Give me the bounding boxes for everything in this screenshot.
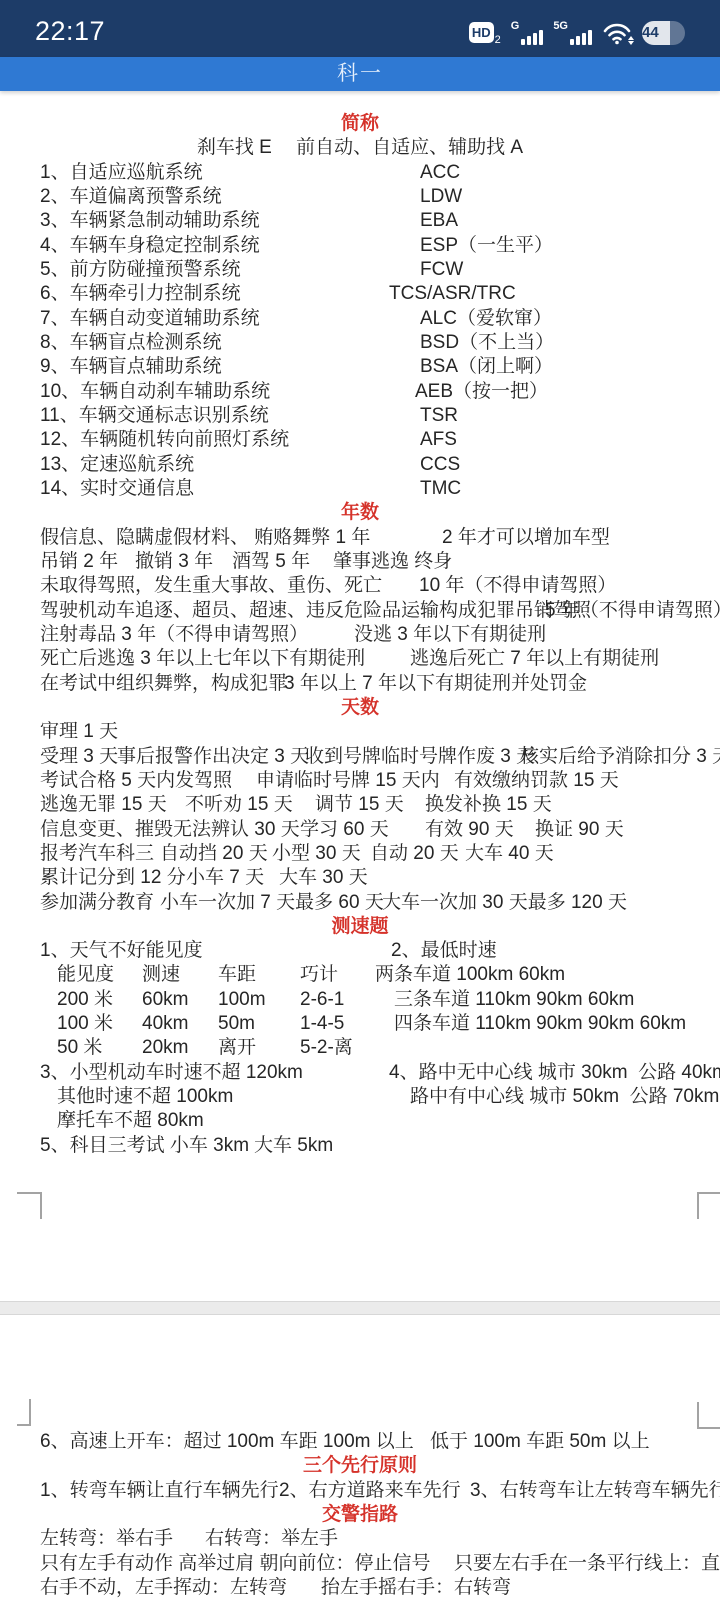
doc-line: 累计记分到 12 分小车 7 天大车 30 天: [0, 866, 720, 890]
speed-table-cell: 离开: [218, 1036, 300, 1060]
doc-text: 未取得驾照，发生重大事故、重伤、死亡: [40, 574, 382, 598]
speed-table-row: 能见度测速车距巧计两条车道 100km 60km: [0, 963, 720, 987]
doc-line: 吊销 2 年撤销 3 年酒驾 5 年肇事逃逸 终身: [0, 550, 720, 574]
speed-table-cell: 两条车道 100km 60km: [375, 963, 720, 987]
doc-line: 报考汽车科三自动挡 20 天小型 30 天自动 20 天大车 40 天: [0, 842, 720, 866]
doc-text: 换证 90 天: [535, 818, 624, 842]
doc-line: 参加满分教育小车一次加 7 天最多 60 天大车一次加 30 天最多 120 天: [0, 891, 720, 915]
app-bar: 科一: [0, 57, 720, 91]
doc-line: 其他时速不超 100km路中有中心线 城市 50km 公路 70km: [0, 1085, 720, 1109]
speed-table-row: 200 米60km100m2-6-1 三条车道 110km 90km 60km: [0, 988, 720, 1012]
doc-line: 受理 3 天事后报警作出决定 3 天收到号牌临时号牌作废 3 天核实后给予消除扣…: [0, 745, 720, 769]
doc-line: 在考试中组织舞弊，构成犯罪3 年以上 7 年以下有期徒刑并处罚金: [0, 672, 720, 696]
section-heading: 测速题: [0, 915, 720, 939]
doc-text: 在考试中组织舞弊，构成犯罪: [40, 672, 287, 696]
doc-text: 小型 30 天: [272, 842, 361, 866]
doc-text: 14、实时交通信息: [40, 477, 194, 501]
doc-line: 假信息、隐瞒虚假材料、 贿赂舞弊 1 年2 年才可以增加车型: [0, 526, 720, 550]
speed-table-cell: 车距: [218, 963, 300, 987]
doc-text: 酒驾 5 年: [232, 550, 310, 574]
speed-table-cell: [375, 1036, 720, 1060]
doc-text: 事后报警作出决定 3 天: [117, 745, 309, 769]
doc-text: FCW: [420, 258, 463, 282]
page1-corner-mark-right: [697, 1192, 720, 1219]
doc-text: 5、前方防碰撞预警系统: [40, 258, 241, 282]
abbr-item-row: 8、车辆盲点检测系统BSD（不上当）: [0, 331, 720, 355]
speed-table-cell: 能见度: [57, 963, 142, 987]
doc-text: ESP（一生平）: [420, 234, 553, 258]
battery-indicator: 44: [642, 21, 685, 45]
doc-text: 9、车辆盲点辅助系统: [40, 355, 222, 379]
doc-text: 1、自适应巡航系统: [40, 161, 203, 185]
signal-sim1-icon: G: [511, 21, 544, 45]
doc-text: 13、定速巡航系统: [40, 453, 194, 477]
doc-text: 逃逸无罪 15 天: [40, 793, 167, 817]
signal-bars-icon: [521, 30, 543, 45]
abbr-item-row: 9、车辆盲点辅助系统BSA（闭上啊）: [0, 355, 720, 379]
doc-text: 死亡后逃逸 3 年以上七年以下有期徒刑: [40, 647, 365, 671]
doc-text: TMC: [420, 477, 461, 501]
doc-line: 左转弯：举右手右转弯：举左手: [0, 1527, 720, 1551]
doc-text: 7、车辆自动变道辅助系统: [40, 307, 260, 331]
wifi-data-arrows-icon: [628, 36, 634, 45]
doc-text: 2、右方道路来车先行: [279, 1479, 461, 1503]
doc-text: AEB（按一把）: [415, 380, 548, 404]
doc-text: 10 年（不得申请驾照）: [419, 574, 616, 598]
doc-text: 右手不动，左手挥动：左转弯: [40, 1576, 287, 1600]
doc-text: 5、科目三考试 小车 3km: [40, 1134, 249, 1158]
speed-table-cell: 20km: [142, 1036, 218, 1060]
doc-line: 信息变更、摧毁无法辨认 30 天学习 60 天有效 90 天换证 90 天: [0, 818, 720, 842]
doc-text: 注射毒品 3 年（不得申请驾照）: [40, 623, 308, 647]
doc-text: 大车一次加 30 天最多 120 天: [382, 891, 627, 915]
section-heading: 交警指路: [0, 1503, 720, 1527]
abbr-item-row: 13、定速巡航系统CCS: [0, 453, 720, 477]
page2-corner-mark-right: [697, 1402, 720, 1429]
speed-table-cell: 100m: [218, 988, 300, 1012]
speed-table-cell: 40km: [142, 1012, 218, 1036]
doc-text: LDW: [420, 185, 462, 209]
section-heading: 三个先行原则: [0, 1454, 720, 1478]
doc-text: 6、车辆牵引力控制系统: [40, 282, 241, 306]
doc-text: 5 年（不得申请驾照）: [545, 599, 720, 623]
doc-text: ALC（爱软窜）: [420, 307, 552, 331]
doc-line: 逃逸无罪 15 天不听劝 15 天调节 15 天换发补换 15 天: [0, 793, 720, 817]
doc-text: TSR: [420, 404, 458, 428]
page1-corner-mark-left: [17, 1192, 42, 1219]
doc-text: 申请临时号牌 15 天内: [256, 769, 440, 793]
doc-text: 左转弯：举右手: [40, 1527, 173, 1551]
speed-table-cell: 测速: [142, 963, 218, 987]
doc-text: 撤销 3 年: [135, 550, 213, 574]
doc-text: 大车 5km: [254, 1134, 333, 1158]
doc-text: 累计记分到 12 分: [40, 866, 186, 890]
doc-text: 抬左手摇右手：右转弯: [321, 1576, 511, 1600]
doc-text: 1、天气不好能见度: [40, 939, 203, 963]
clock: 22:17: [35, 10, 105, 47]
abbr-item-row: 2、车道偏离预警系统LDW: [0, 185, 720, 209]
doc-text: 考试合格 5 天内发驾照: [40, 769, 232, 793]
doc-text: 8、车辆盲点检测系统: [40, 331, 222, 355]
abbr-item-row: 3、车辆紧急制动辅助系统EBA: [0, 209, 720, 233]
doc-text: 逃逸后死亡 7 年以上有期徒刑: [410, 647, 659, 671]
doc-line: 注射毒品 3 年（不得申请驾照）没逃 3 年以下有期徒刑: [0, 623, 720, 647]
speed-table-cell: 50 米: [57, 1036, 142, 1060]
doc-text: 3 年以上 7 年以下有期徒刑并处罚金: [284, 672, 587, 696]
doc-line: 6、高速上开车：超过 100m 车距 100m 以上低于 100m 车距 50m…: [0, 1430, 720, 1454]
abbr-item-row: 14、实时交通信息TMC: [0, 477, 720, 501]
doc-text: 3、小型机动车时速不超 120km: [40, 1061, 303, 1085]
speed-table-cell: 三条车道 110km 90km 60km: [375, 988, 720, 1012]
speed-table-cell: 1-4-5: [300, 1012, 375, 1036]
doc-text: 调节 15 天: [315, 793, 404, 817]
section-heading: 天数: [0, 696, 720, 720]
speed-table-cell: 60km: [142, 988, 218, 1012]
doc-line: 未取得驾照，发生重大事故、重伤、死亡10 年（不得申请驾照）: [0, 574, 720, 598]
doc-text: 3、右转弯车让左转弯车辆先行: [470, 1479, 720, 1503]
doc-text: 没逃 3 年以下有期徒刑: [354, 623, 546, 647]
wifi-icon: [602, 21, 632, 45]
doc-subtitle: 刹车找 E 前自动、自适应、辅助找 A: [0, 136, 720, 160]
abbr-item-row: 6、车辆牵引力控制系统TCS/ASR/TRC: [0, 282, 720, 306]
abbr-item-row: 12、车辆随机转向前照灯系统AFS: [0, 428, 720, 452]
signal-bars-icon: [570, 30, 592, 45]
doc-text: 有效 90 天: [425, 818, 514, 842]
doc-text: 收到号牌临时号牌作废 3 天: [305, 745, 535, 769]
hd-voice-icon: HD2: [469, 22, 501, 43]
doc-text: 11、车辆交通标志识别系统: [40, 404, 269, 428]
doc-text: 自动 20 天: [370, 842, 459, 866]
doc-text: 只要左右手在一条平行线上：直行: [454, 1552, 720, 1576]
doc-line: 1、转弯车辆让直行车辆先行2、右方道路来车先行3、右转弯车让左转弯车辆先行: [0, 1479, 720, 1503]
signal-sim2-icon: 5G: [553, 21, 592, 45]
status-icons: HD2 G 5G: [469, 13, 685, 45]
doc-text: 核实后给予消除扣分 3 天: [520, 745, 720, 769]
doc-text: EBA: [420, 209, 458, 233]
doc-text: 其他时速不超 100km: [57, 1085, 233, 1109]
doc-text: 2、车道偏离预警系统: [40, 185, 222, 209]
doc-text: 2 年才可以增加车型: [442, 526, 610, 550]
doc-line: 驾驶机动车追逐、超员、超速、违反危险品运输构成犯罪吊销驾照5 年（不得申请驾照）: [0, 599, 720, 623]
doc-text: 4、车辆车身稳定控制系统: [40, 234, 260, 258]
doc-text: 有效缴纳罚款 15 天: [454, 769, 619, 793]
page-title: 科一: [337, 62, 383, 85]
doc-text: 只有左手有动作 高举过肩 朝向前位：停止信号: [40, 1552, 431, 1576]
doc-line: 5、科目三考试 小车 3km大车 5km: [0, 1134, 720, 1158]
doc-text: 2、最低时速: [391, 939, 497, 963]
abbr-item-row: 11、车辆交通标志识别系统TSR: [0, 404, 720, 428]
abbr-item-row: 7、车辆自动变道辅助系统ALC（爱软窜）: [0, 307, 720, 331]
doc-line: 1、天气不好能见度2、最低时速: [0, 939, 720, 963]
doc-text: 不听劝 15 天: [185, 793, 293, 817]
doc-line: 摩托车不超 80km: [0, 1109, 720, 1133]
section-heading: 简称: [0, 112, 720, 136]
page-gap-band: [0, 1301, 720, 1315]
doc-text: 6、高速上开车：超过 100m 车距 100m 以上: [40, 1430, 414, 1454]
doc-text: 受理 3 天: [40, 745, 118, 769]
doc-text: TCS/ASR/TRC: [389, 282, 516, 306]
doc-text: AFS: [420, 428, 457, 452]
doc-text: CCS: [420, 453, 460, 477]
doc-text: 4、路中无中心线 城市 30km 公路 40km: [389, 1061, 720, 1085]
speed-table-cell: 巧计: [300, 963, 375, 987]
doc-text: 路中有中心线 城市 50km 公路 70km: [410, 1085, 719, 1109]
page2-corner-mark-left: [17, 1399, 31, 1426]
speed-table-row: 100 米40km50m1-4-5 四条车道 110km 90km 90km 6…: [0, 1012, 720, 1036]
speed-table-row: 50 米20km离开5-2-离: [0, 1036, 720, 1060]
doc-line: 死亡后逃逸 3 年以上七年以下有期徒刑逃逸后死亡 7 年以上有期徒刑: [0, 647, 720, 671]
doc-text: 假信息、隐瞒虚假材料、 贿赂舞弊 1 年: [40, 526, 370, 550]
doc-text: 10、车辆自动刹车辅助系统: [40, 380, 270, 404]
doc-text: BSD（不上当）: [420, 331, 554, 355]
page-break: [0, 1158, 720, 1430]
doc-text: 参加满分教育: [40, 891, 154, 915]
doc-text: 小车 7 天: [186, 866, 264, 890]
doc-text: 3、车辆紧急制动辅助系统: [40, 209, 260, 233]
doc-text: 吊销 2 年: [40, 550, 118, 574]
status-bar: 22:17 HD2 G 5G: [0, 0, 720, 57]
doc-text: 小车一次加 7 天最多 60 天: [160, 891, 384, 915]
doc-text: 信息变更、摧毁无法辨认 30 天: [40, 818, 300, 842]
speed-table-cell: 100 米: [57, 1012, 142, 1036]
doc-line: 3、小型机动车时速不超 120km4、路中无中心线 城市 30km 公路 40k…: [0, 1061, 720, 1085]
doc-text: 12、车辆随机转向前照灯系统: [40, 428, 289, 452]
abbr-item-row: 5、前方防碰撞预警系统FCW: [0, 258, 720, 282]
doc-text: 1、转弯车辆让直行车辆先行: [40, 1479, 279, 1503]
speed-table-cell: 2-6-1: [300, 988, 375, 1012]
doc-line: 右手不动，左手挥动：左转弯抬左手摇右手：右转弯: [0, 1576, 720, 1600]
doc-text: 学习 60 天: [300, 818, 389, 842]
speed-table-cell: 50m: [218, 1012, 300, 1036]
doc-text: 驾驶机动车追逐、超员、超速、违反危险品运输构成犯罪吊销驾照: [40, 599, 591, 623]
doc-text: 低于 100m 车距 50m 以上: [430, 1430, 650, 1454]
doc-text: BSA（闭上啊）: [420, 355, 553, 379]
doc-text: 换发补换 15 天: [425, 793, 552, 817]
abbr-item-row: 4、车辆车身稳定控制系统ESP（一生平）: [0, 234, 720, 258]
doc-line: 考试合格 5 天内发驾照申请临时号牌 15 天内有效缴纳罚款 15 天: [0, 769, 720, 793]
speed-table-cell: 200 米: [57, 988, 142, 1012]
doc-text: 自动挡 20 天: [160, 842, 268, 866]
document-page[interactable]: 简称刹车找 E 前自动、自适应、辅助找 A1、自适应巡航系统ACC2、车道偏离预…: [0, 91, 720, 1600]
doc-text: 报考汽车科三: [40, 842, 154, 866]
doc-line: 审理 1 天: [0, 720, 720, 744]
doc-text: 肇事逃逸 终身: [333, 550, 452, 574]
doc-text: ACC: [420, 161, 460, 185]
section-heading: 年数: [0, 501, 720, 525]
phone-screen: 22:17 HD2 G 5G: [0, 0, 720, 1600]
doc-line: 只有左手有动作 高举过肩 朝向前位：停止信号只要左右手在一条平行线上：直行: [0, 1552, 720, 1576]
battery-percent: 44: [642, 24, 659, 41]
doc-text: 右转弯：举左手: [205, 1527, 338, 1551]
doc-text: 大车 40 天: [465, 842, 554, 866]
doc-text: 大车 30 天: [279, 866, 368, 890]
speed-table-cell: 四条车道 110km 90km 90km 60km: [375, 1012, 720, 1036]
abbr-item-row: 10、车辆自动刹车辅助系统AEB（按一把）: [0, 380, 720, 404]
speed-table-cell: 5-2-离: [300, 1036, 375, 1060]
abbr-item-row: 1、自适应巡航系统ACC: [0, 161, 720, 185]
